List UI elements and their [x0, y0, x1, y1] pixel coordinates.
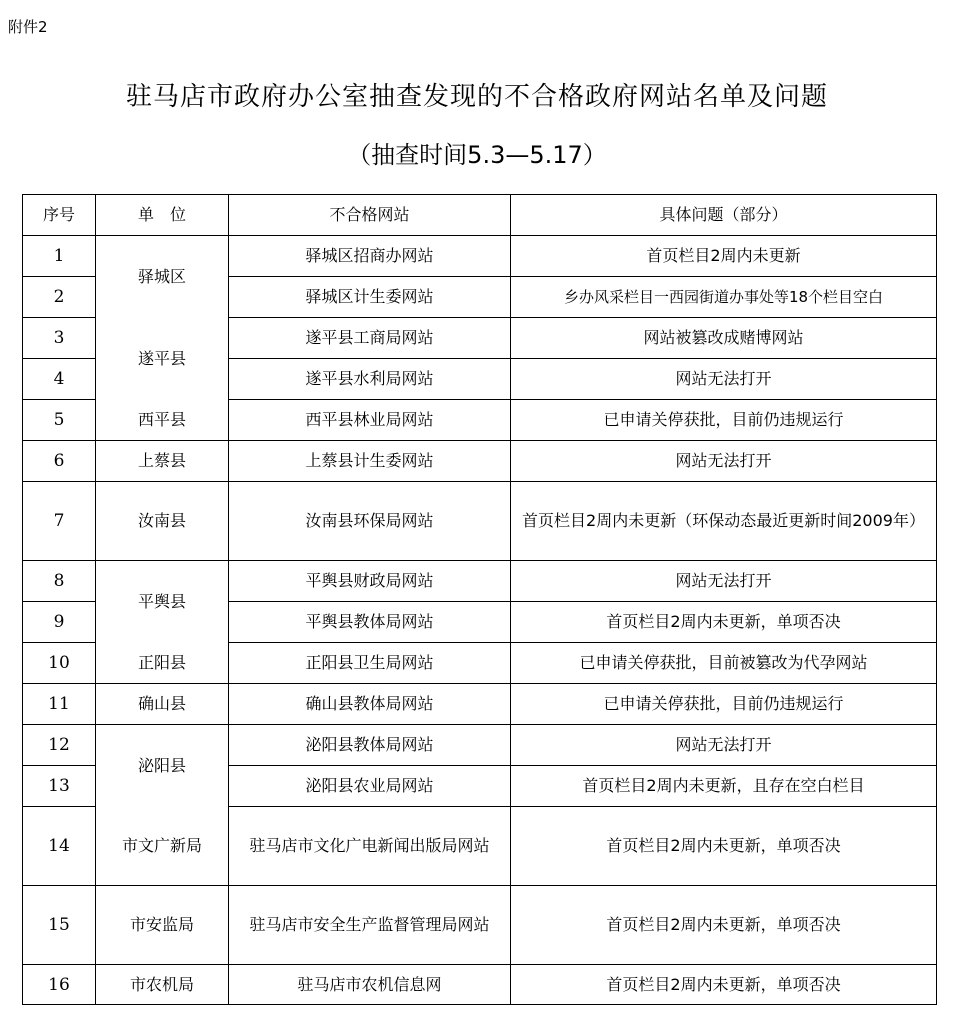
unit-group-1: 驿城区 遂平县 西平县	[95, 235, 229, 441]
site-cell: 遂平县水利局网站	[228, 358, 511, 400]
row-index: 11	[22, 683, 96, 725]
site-text: 驻马店市文化广电新闻出版局网站	[243, 827, 495, 865]
unit-label: 平舆县	[96, 592, 228, 612]
problem-cell: 首页栏目2周内未更新	[510, 235, 937, 277]
row-index: 10	[22, 642, 96, 684]
site-cell: 正阳县卫生局网站	[228, 642, 511, 684]
site-cell: 汝南县环保局网站	[228, 481, 511, 561]
unit-label: 西平县	[96, 410, 228, 430]
row-index: 16	[22, 964, 96, 1005]
site-cell: 泌阳县教体局网站	[228, 724, 511, 766]
noncompliant-sites-table: 序号 单 位 不合格网站 具体问题（部分） 1 2 3 4 5 6 7 8 9 …	[22, 194, 937, 1005]
document-subtitle: （抽查时间5.3—5.17）	[0, 135, 954, 170]
site-cell: 驻马店市安全生产监督管理局网站	[228, 885, 511, 965]
row-index: 7	[22, 481, 96, 561]
unit-label: 正阳县	[96, 653, 228, 673]
unit-group-2: 平舆县 正阳县	[95, 560, 229, 684]
problem-cell: 网站无法打开	[510, 724, 937, 766]
site-cell: 遂平县工商局网站	[228, 317, 511, 359]
document-title: 驻马店市政府办公室抽查发现的不合格政府网站名单及问题	[0, 76, 954, 113]
unit-cell: 市农机局	[95, 964, 229, 1005]
problem-cell: 已申请关停获批，目前被篡改为代孕网站	[510, 642, 937, 684]
site-cell: 平舆县财政局网站	[228, 560, 511, 602]
site-cell: 驻马店市文化广电新闻出版局网站	[228, 806, 511, 886]
problem-cell: 首页栏目2周内未更新，单项否决	[510, 964, 937, 1005]
row-index: 3	[22, 317, 96, 359]
problem-cell: 已申请关停获批，目前仍违规运行	[510, 683, 937, 725]
unit-label: 遂平县	[96, 349, 228, 369]
site-cell: 确山县教体局网站	[228, 683, 511, 725]
problem-cell: 网站无法打开	[510, 560, 937, 602]
row-index: 1	[22, 235, 96, 277]
site-cell: 驿城区计生委网站	[228, 276, 511, 318]
site-text: 驻马店市安全生产监督管理局网站	[243, 906, 495, 944]
attachment-label: 附件2	[8, 16, 48, 37]
site-cell: 驿城区招商办网站	[228, 235, 511, 277]
unit-label: 泌阳县	[96, 756, 228, 776]
problem-cell: 首页栏目2周内未更新，单项否决	[510, 601, 937, 643]
site-cell: 平舆县教体局网站	[228, 601, 511, 643]
unit-cell: 上蔡县	[95, 440, 229, 482]
unit-label: 市文广新局	[96, 836, 228, 856]
unit-label: 驿城区	[96, 267, 228, 287]
site-cell: 西平县林业局网站	[228, 399, 511, 441]
row-index: 8	[22, 560, 96, 602]
site-cell: 驻马店市农机信息网	[228, 964, 511, 1005]
problem-cell: 首页栏目2周内未更新，单项否决	[510, 806, 937, 886]
row-index: 14	[22, 806, 96, 886]
problem-cell: 网站被篡改成赌博网站	[510, 317, 937, 359]
unit-cell: 确山县	[95, 683, 229, 725]
header-index: 序号	[22, 194, 96, 236]
problem-cell: 已申请关停获批，目前仍违规运行	[510, 399, 937, 441]
site-cell: 泌阳县农业局网站	[228, 765, 511, 807]
site-cell: 上蔡县计生委网站	[228, 440, 511, 482]
header-site: 不合格网站	[228, 194, 511, 236]
row-index: 2	[22, 276, 96, 318]
header-problem: 具体问题（部分）	[510, 194, 937, 236]
problem-text: 首页栏目2周内未更新（环保动态最近更新时间2009年）	[516, 502, 931, 540]
problem-cell: 网站无法打开	[510, 440, 937, 482]
row-index: 13	[22, 765, 96, 807]
unit-group-3: 泌阳县 市文广新局	[95, 724, 229, 886]
header-unit: 单 位	[95, 194, 229, 236]
problem-cell: 网站无法打开	[510, 358, 937, 400]
problem-cell: 首页栏目2周内未更新（环保动态最近更新时间2009年）	[510, 481, 937, 561]
row-index: 6	[22, 440, 96, 482]
unit-cell: 市安监局	[95, 885, 229, 965]
row-index: 4	[22, 358, 96, 400]
problem-cell: 乡办风采栏目一西园街道办事处等18个栏目空白	[510, 276, 937, 318]
problem-cell: 首页栏目2周内未更新，且存在空白栏目	[510, 765, 937, 807]
row-index: 5	[22, 399, 96, 441]
row-index: 15	[22, 885, 96, 965]
row-index: 12	[22, 724, 96, 766]
problem-cell: 首页栏目2周内未更新，单项否决	[510, 885, 937, 965]
unit-cell: 汝南县	[95, 481, 229, 561]
row-index: 9	[22, 601, 96, 643]
